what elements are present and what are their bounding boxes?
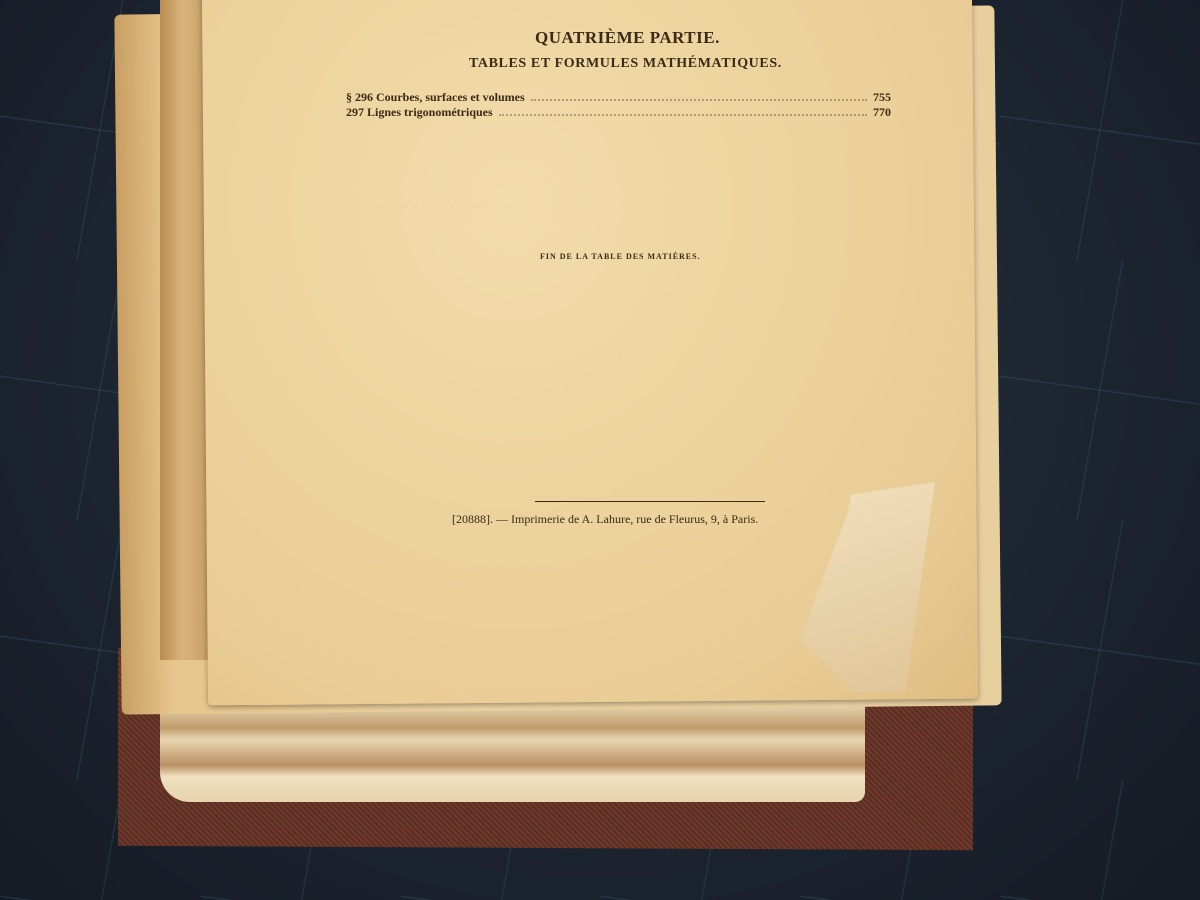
toc-entry: § 296 Courbes, surfaces et volumes 755	[346, 90, 891, 105]
part-title: QUATRIÈME PARTIE.	[535, 28, 720, 48]
printer-imprint: [20888]. — Imprimerie de A. Lahure, rue …	[452, 512, 758, 527]
toc-entry: 297 Lignes trigonométriques 770	[346, 105, 891, 120]
printer-rule	[535, 501, 765, 502]
section-title: TABLES ET FORMULES MATHÉMATIQUES.	[469, 56, 782, 72]
end-of-contents-note: FIN DE LA TABLE DES MATIÈRES.	[540, 252, 701, 261]
toc-page: 770	[873, 105, 891, 120]
toc-leader	[499, 105, 867, 116]
toc-page: 755	[873, 90, 891, 105]
toc-label: 297 Lignes trigonométriques	[346, 105, 493, 120]
toc-label: § 296 Courbes, surfaces et volumes	[346, 90, 525, 105]
toc-leader	[531, 90, 867, 101]
bleed-through-text: · · · · · · · · · · · · · ·	[350, 130, 531, 218]
